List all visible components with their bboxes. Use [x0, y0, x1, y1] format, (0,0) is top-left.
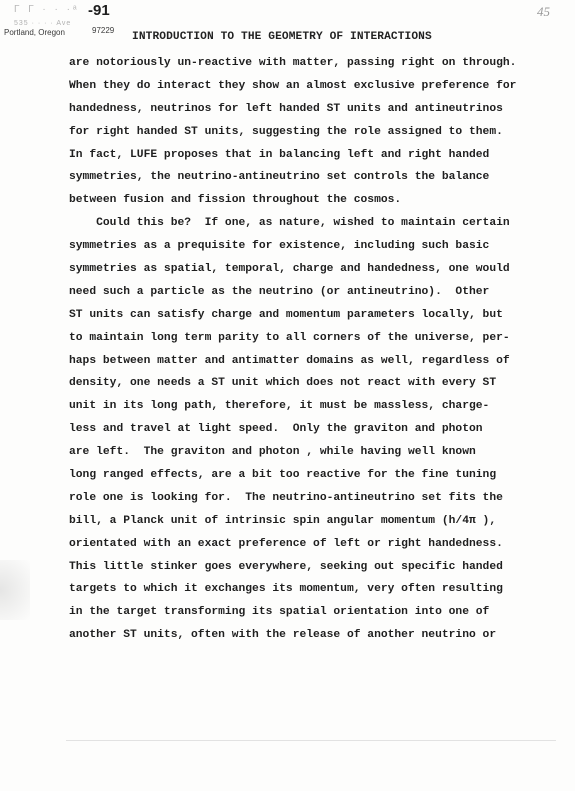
address-stamp-zip: 97229	[92, 26, 114, 35]
scan-edge-line	[66, 740, 556, 741]
text-line: density, one needs a ST unit which does …	[69, 372, 569, 395]
text-line: long ranged effects, are a bit too react…	[69, 464, 569, 487]
text-line: This little stinker goes everywhere, see…	[69, 556, 569, 579]
address-stamp-city: Portland, Oregon	[4, 28, 65, 37]
text-line: ST units can satisfy charge and momentum…	[69, 304, 569, 327]
text-line: targets to which it exchanges its moment…	[69, 578, 569, 601]
document-number: -91	[88, 2, 110, 19]
text-line: symmetries as a prequisite for existence…	[69, 235, 569, 258]
text-line: another ST units, often with the release…	[69, 624, 569, 647]
text-line: orientated with an exact preference of l…	[69, 533, 569, 556]
document-page: Г Г · · ·ᵃ -91 535 · · · · Ave Portland,…	[0, 0, 575, 791]
text-line: In fact, LUFE proposes that in balancing…	[69, 144, 569, 167]
text-line: When they do interact they show an almos…	[69, 75, 569, 98]
address-stamp-street: 535 · · · · Ave	[14, 20, 71, 27]
text-line: less and travel at light speed. Only the…	[69, 418, 569, 441]
text-line: are notoriously un-reactive with matter,…	[69, 52, 569, 75]
text-line: are left. The graviton and photon , whil…	[69, 441, 569, 464]
document-title: INTRODUCTION TO THE GEOMETRY OF INTERACT…	[132, 31, 432, 43]
text-line: bill, a Planck unit of intrinsic spin an…	[69, 510, 569, 533]
text-line: need such a particle as the neutrino (or…	[69, 281, 569, 304]
text-line: between fusion and fission throughout th…	[69, 189, 569, 212]
scan-smudge	[0, 560, 30, 620]
text-line: unit in its long path, therefore, it mus…	[69, 395, 569, 418]
address-stamp-faded: Г Г · · ·ᵃ	[14, 4, 80, 15]
text-line: for right handed ST units, suggesting th…	[69, 121, 569, 144]
text-line: symmetries, the neutrino-antineutrino se…	[69, 166, 569, 189]
text-line: handedness, neutrinos for left handed ST…	[69, 98, 569, 121]
handwritten-page-number: 45	[537, 4, 550, 20]
text-line: role one is looking for. The neutrino-an…	[69, 487, 569, 510]
text-line: Could this be? If one, as nature, wished…	[69, 212, 569, 235]
body-text: are notoriously un-reactive with matter,…	[69, 52, 569, 647]
text-line: to maintain long term parity to all corn…	[69, 327, 569, 350]
text-line: in the target transforming its spatial o…	[69, 601, 569, 624]
text-line: symmetries as spatial, temporal, charge …	[69, 258, 569, 281]
text-line: haps between matter and antimatter domai…	[69, 350, 569, 373]
